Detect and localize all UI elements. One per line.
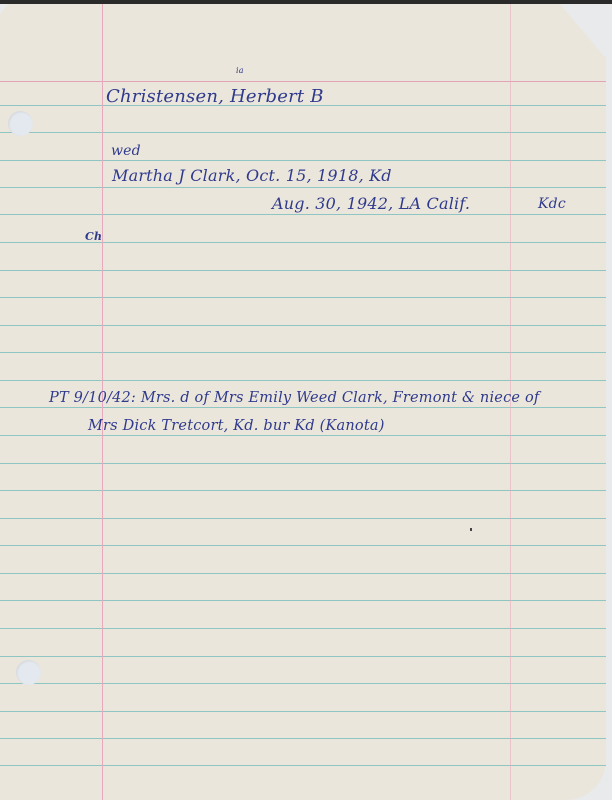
ruled-line (0, 518, 606, 519)
ruled-line (0, 352, 606, 353)
ruled-line (0, 683, 606, 684)
card-heading: Christensen, Herbert B (106, 86, 324, 107)
ruled-line (0, 407, 606, 408)
paper-speck (470, 528, 472, 531)
ruled-line (0, 573, 606, 574)
name-annotation: ia (236, 66, 244, 75)
ruled-line (0, 628, 606, 629)
death-tag: Kdc (538, 196, 566, 212)
ruled-line (0, 600, 606, 601)
ruled-line (0, 380, 606, 381)
ruled-line (0, 711, 606, 712)
ruled-line (0, 214, 606, 215)
ruled-line (0, 132, 606, 133)
ruled-line (0, 297, 606, 298)
scanner-edge (0, 0, 612, 4)
wed-label: wed (111, 143, 141, 159)
ruled-line (0, 463, 606, 464)
ruled-paper: ia Christensen, Herbert B wed Martha J C… (0, 0, 606, 800)
ruled-line (0, 160, 606, 161)
ruled-line (0, 765, 606, 766)
children-label: Ch (85, 230, 102, 243)
punch-hole (8, 111, 33, 136)
header-rule (0, 81, 606, 82)
punch-hole (16, 660, 41, 685)
ruled-line (0, 656, 606, 657)
note-line-2: Mrs Dick Tretcort, Kd. bur Kd (Kanota) (88, 418, 385, 434)
death-entry: Aug. 30, 1942, LA Calif. (272, 194, 470, 213)
ruled-line (0, 490, 606, 491)
spouse-entry: Martha J Clark, Oct. 15, 1918, Kd (112, 166, 392, 185)
note-line-1: PT 9/10/42: Mrs. d of Mrs Emily Weed Cla… (49, 390, 540, 406)
ruled-line (0, 435, 606, 436)
ruled-line (0, 545, 606, 546)
ruled-line (0, 738, 606, 739)
ruled-line (0, 325, 606, 326)
ruled-line (0, 187, 606, 188)
ruled-line (0, 270, 606, 271)
